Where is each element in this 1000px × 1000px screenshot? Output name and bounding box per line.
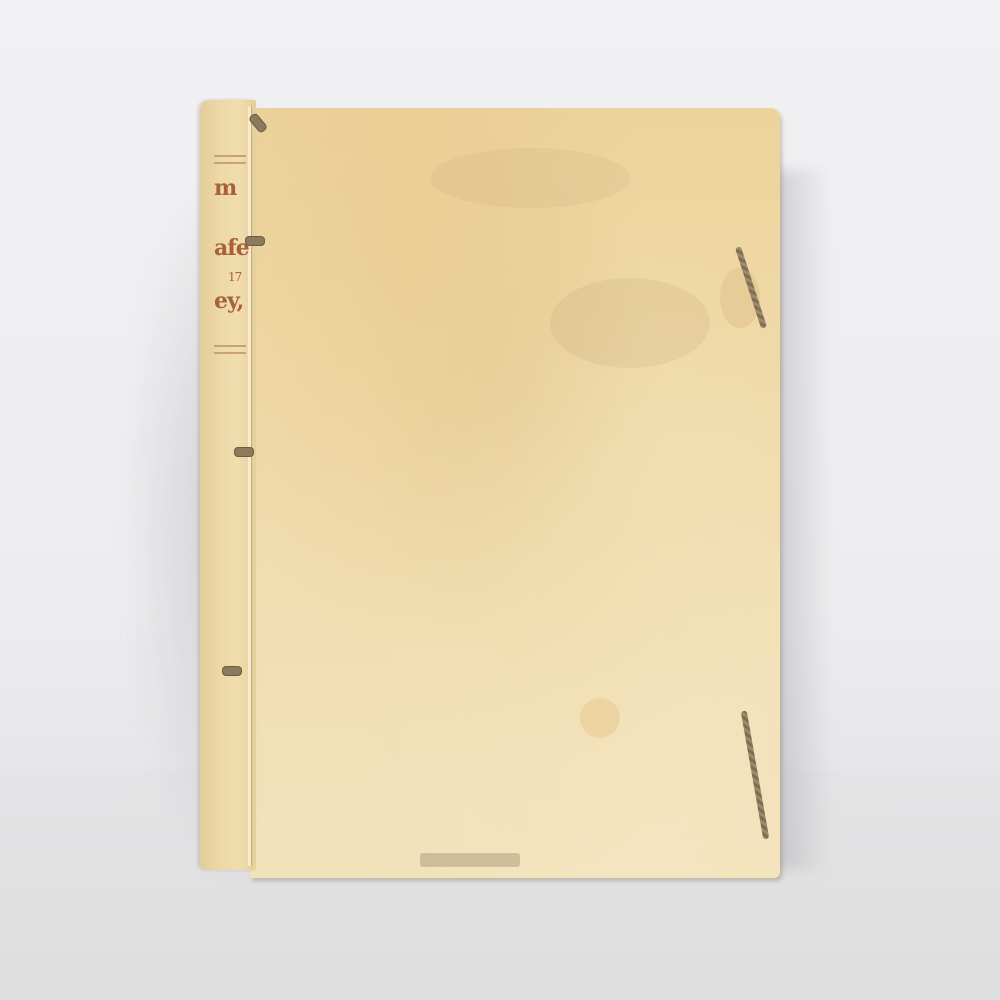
binding-tie: [222, 666, 242, 676]
book-spine: m afe 17 ey,: [200, 100, 256, 870]
spine-volume-number: 17: [228, 270, 241, 284]
spine-rule: [214, 352, 246, 354]
spine-title-line-1: m: [214, 175, 236, 201]
spine-title-line-2: afe: [214, 235, 249, 261]
spine-rule: [214, 155, 246, 157]
front-cover: [250, 108, 780, 878]
stain: [550, 278, 710, 368]
stain: [580, 698, 620, 738]
spine-rule: [214, 162, 246, 164]
worn-patch: [420, 853, 520, 867]
stain: [430, 148, 630, 208]
vellum-book: m afe 17 ey,: [200, 100, 785, 885]
spine-rule: [214, 345, 246, 347]
hinge-line: [248, 106, 251, 866]
binding-tie: [234, 447, 254, 457]
binding-tie: [245, 236, 265, 246]
spine-title-line-3: ey,: [214, 288, 243, 314]
